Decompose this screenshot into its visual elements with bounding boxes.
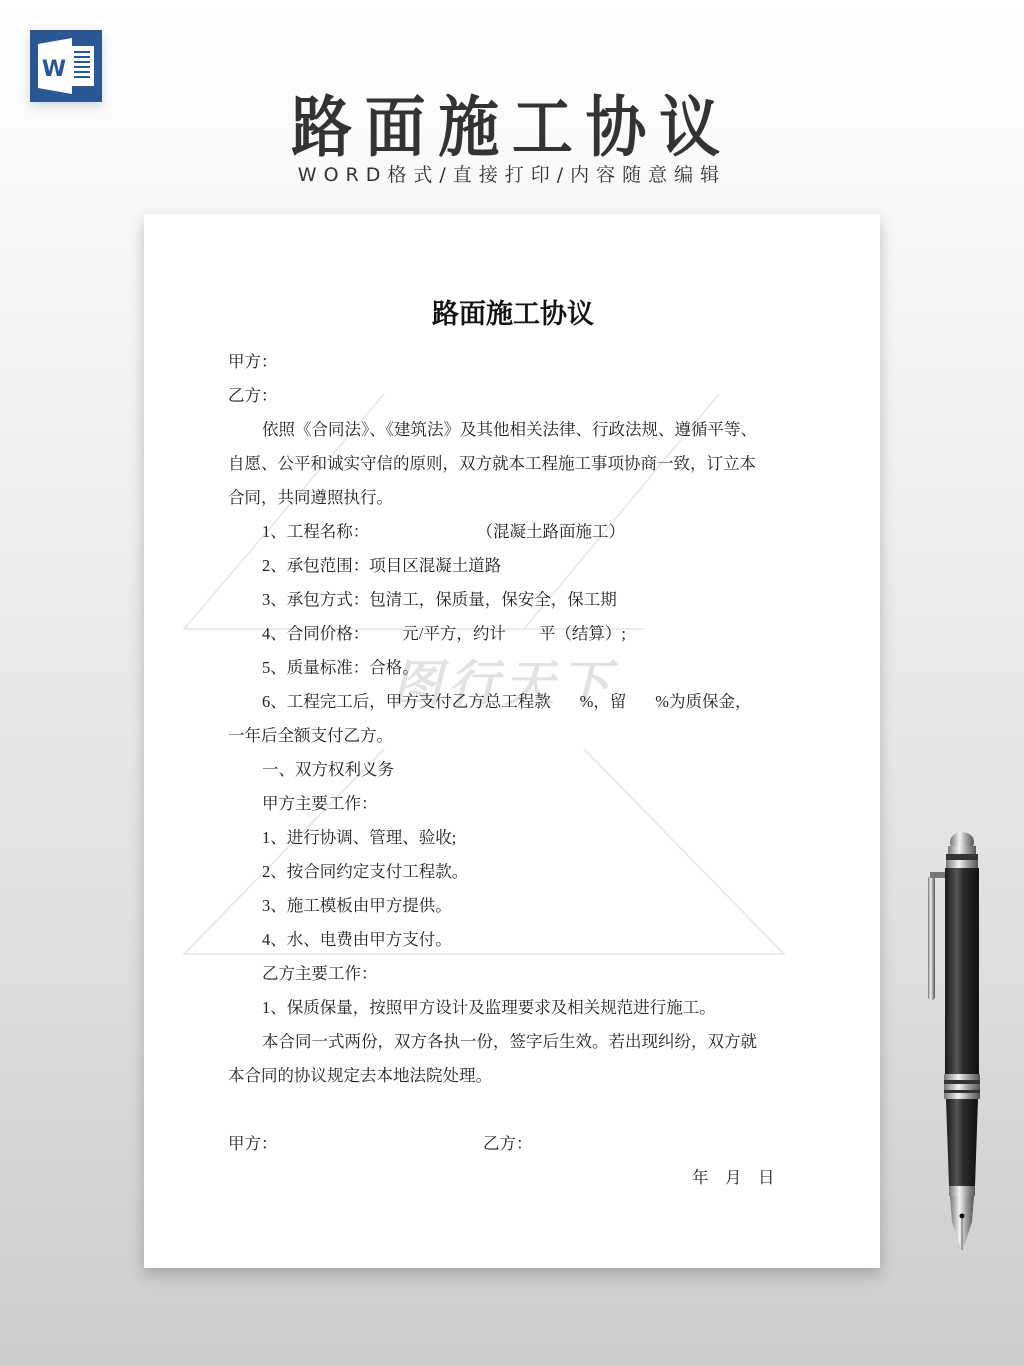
intro-line: 合同，共同遵照执行。 bbox=[228, 486, 393, 510]
closing-line: 本合同的协议规定去本地法院处理。 bbox=[228, 1064, 492, 1088]
duty-item: 1、保质保量，按照甲方设计及监理要求及相关规范进行施工。 bbox=[262, 996, 716, 1020]
term-item: 2、承包范围：项目区混凝土道路 bbox=[262, 554, 501, 578]
section-heading: 一、双方权利义务 bbox=[262, 758, 394, 782]
intro-line: 自愿、公平和诚实守信的原则，双方就本工程施工事项协商一致，订立本 bbox=[228, 452, 756, 476]
closing-line: 本合同一式两份，双方各执一份，签字后生效。若出现纠纷，双方就 bbox=[262, 1030, 757, 1054]
signature-party-a: 甲方： bbox=[228, 1132, 278, 1156]
party-b-duties-heading: 乙方主要工作： bbox=[262, 962, 378, 986]
party-a-duties-heading: 甲方主要工作： bbox=[262, 792, 378, 816]
duty-item: 4、水、电费由甲方支付。 bbox=[262, 928, 452, 952]
intro-line: 依照《合同法》、《建筑法》及其他相关法律、行政法规、遵循平等、 bbox=[262, 418, 757, 442]
term-item: 6、工程完工后，甲方支付乙方总工程款 %，留 %为质保金， bbox=[262, 690, 752, 714]
document-page: 图行天下 路面施工协议 甲方： 乙方： 依照《合同法》、《建筑法》及其他相关法律… bbox=[144, 214, 880, 1268]
term-item: 3、承包方式：包清工，保质量，保安全，保工期 bbox=[262, 588, 617, 612]
signature-party-b: 乙方： bbox=[483, 1132, 533, 1156]
party-a-label: 甲方： bbox=[228, 350, 278, 374]
term-item: 5、质量标准：合格。 bbox=[262, 656, 419, 680]
page-subtitle: WORD格式/直接打印/内容随意编辑 bbox=[0, 160, 1024, 187]
page-title: 路面施工协议 bbox=[41, 74, 983, 169]
duty-item: 2、按合同约定支付工程款。 bbox=[262, 860, 468, 884]
term-item: 1、工程名称： （混凝土路面施工） bbox=[262, 520, 625, 544]
duty-item: 1、进行协调、管理、验收; bbox=[262, 826, 456, 850]
party-b-label: 乙方： bbox=[228, 384, 278, 408]
signature-date: 年 月 日 bbox=[692, 1166, 775, 1190]
duty-item: 3、施工模板由甲方提供。 bbox=[262, 894, 452, 918]
fountain-pen-icon bbox=[920, 824, 990, 1254]
term-item-cont: 一年后全额支付乙方。 bbox=[228, 724, 393, 748]
term-item: 4、合同价格： 元/平方，约计 平（结算）; bbox=[262, 622, 626, 646]
document-title: 路面施工协议 bbox=[228, 292, 798, 331]
